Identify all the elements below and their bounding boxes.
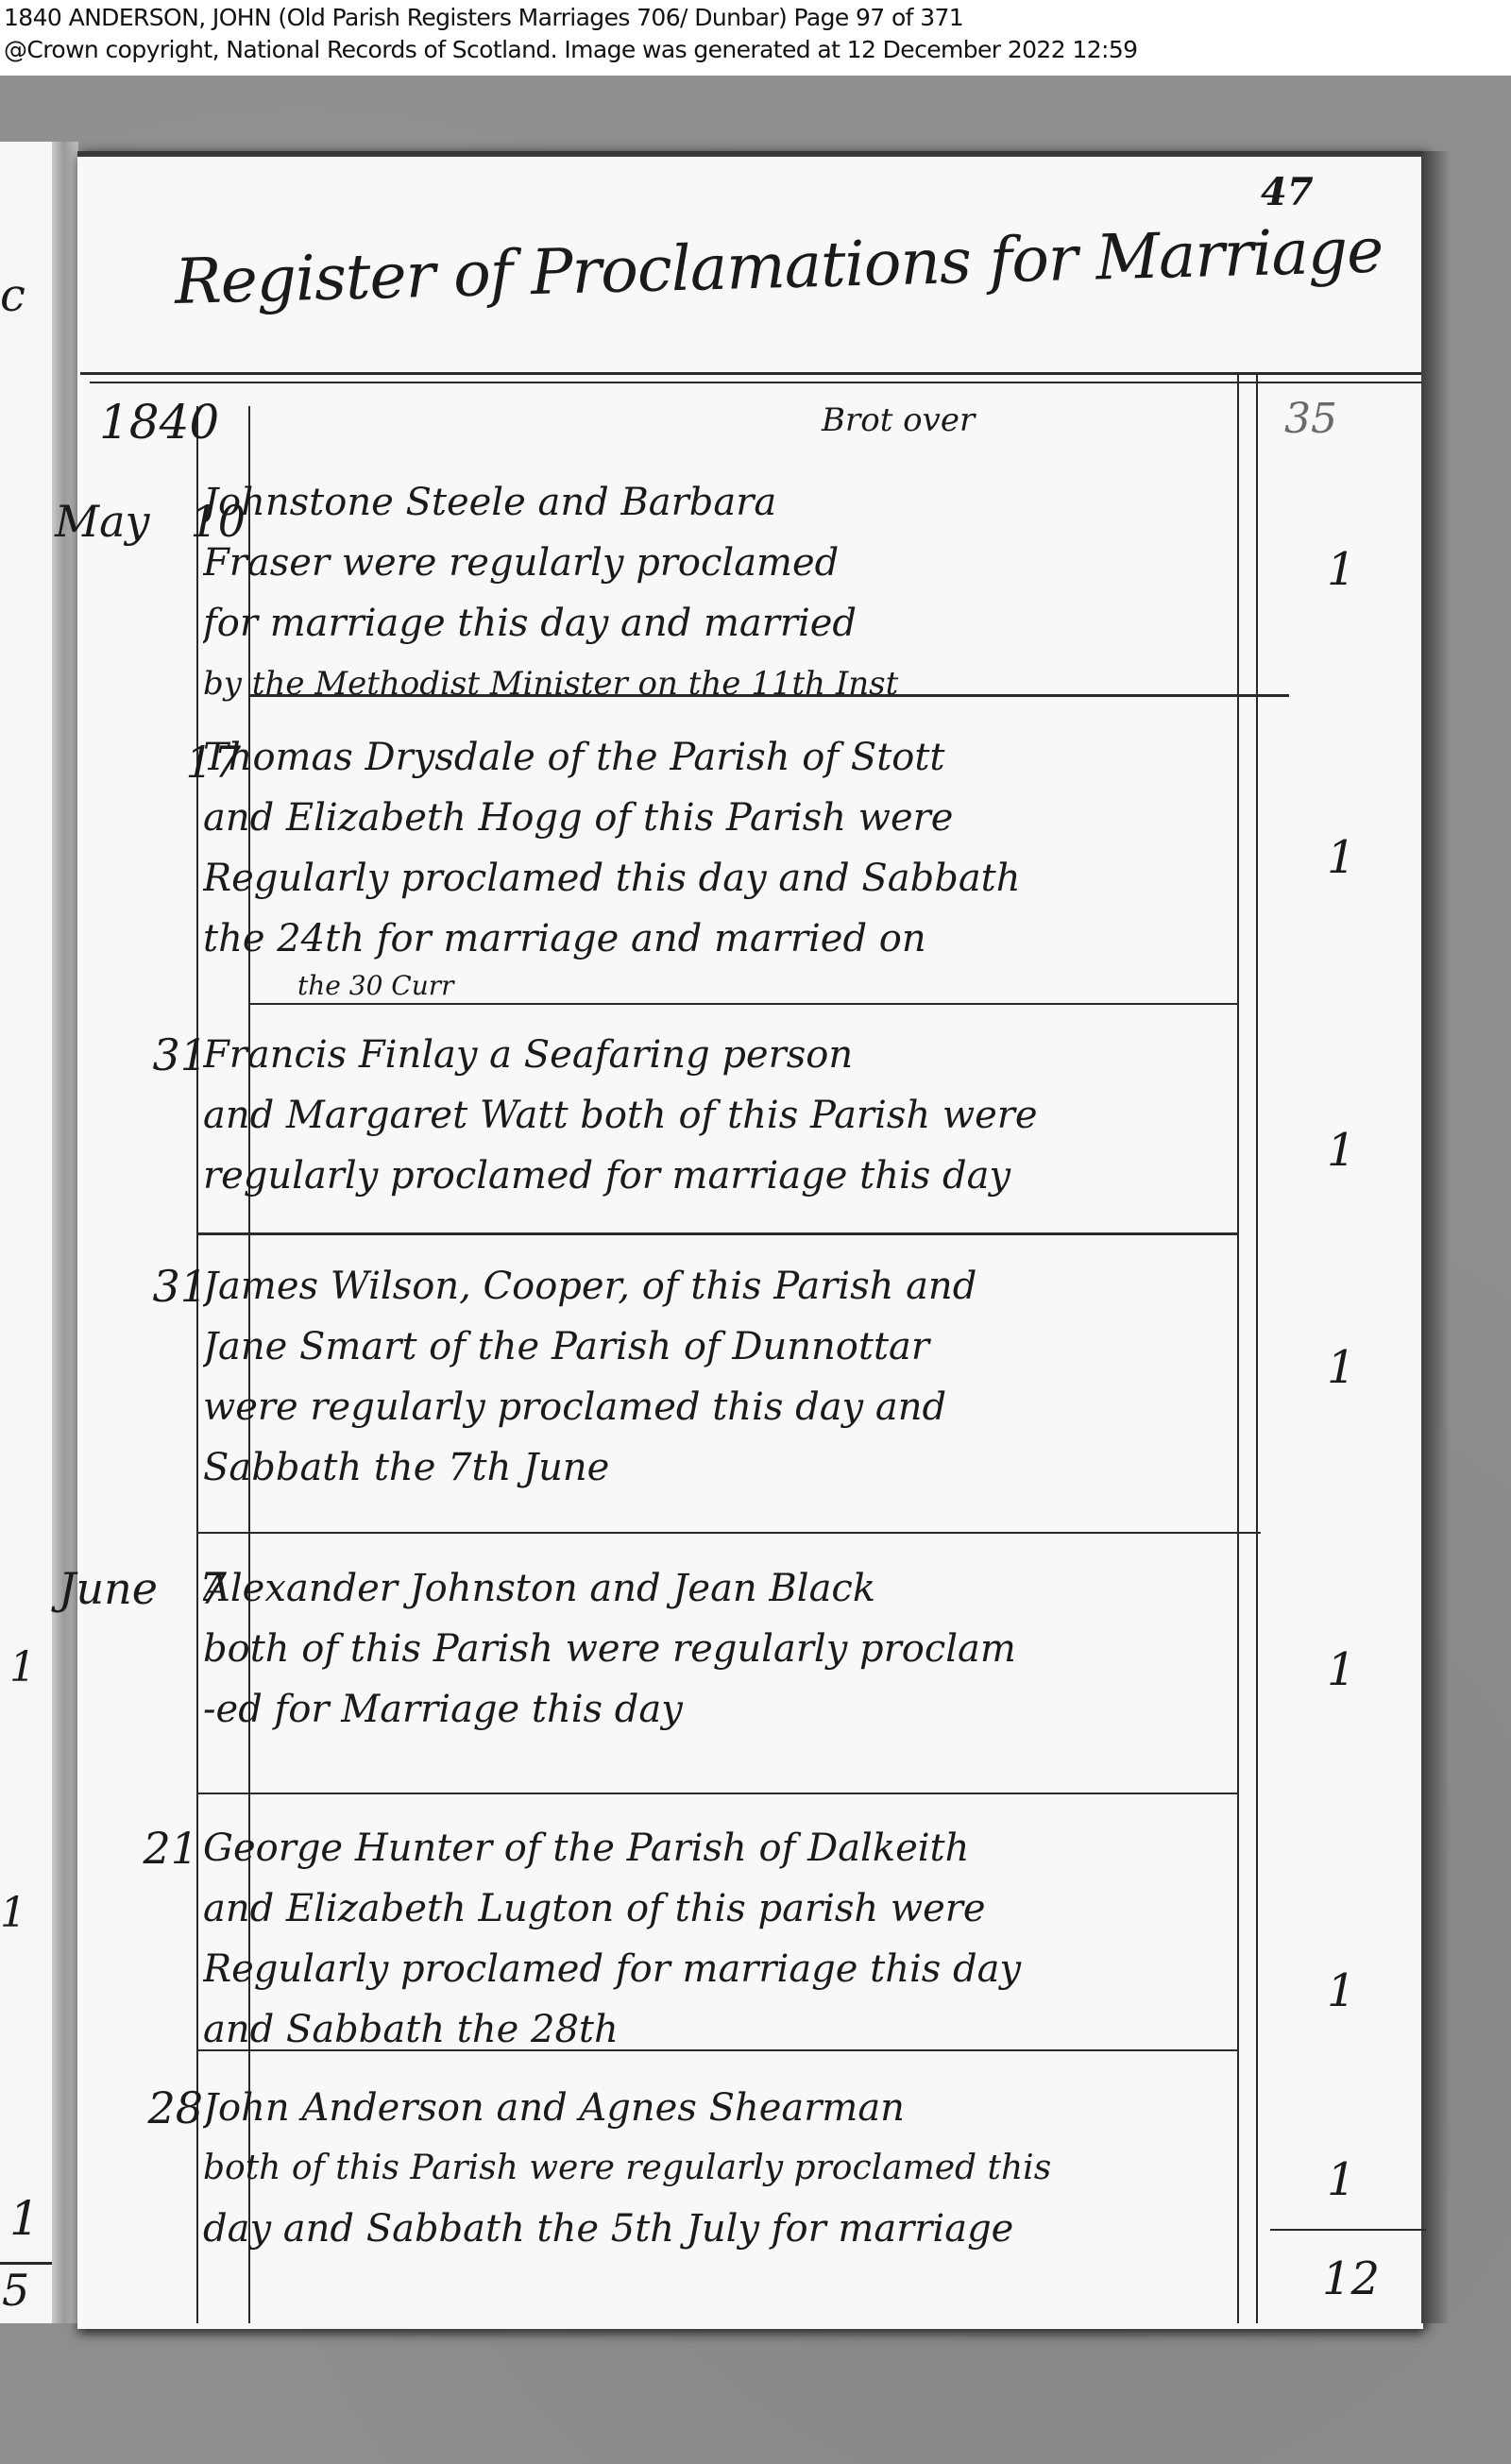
entry-divider xyxy=(198,1793,1237,1794)
brought-over-count: 35 xyxy=(1284,395,1337,443)
entry-tally: 1 xyxy=(1327,1341,1356,1394)
date-column-rule xyxy=(196,406,198,2323)
entry-day: 31 xyxy=(151,1029,208,1080)
previous-page-tally: 1 xyxy=(0,1889,26,1937)
tally-column-rule xyxy=(1237,372,1239,2323)
page-edge-shadow xyxy=(1421,151,1450,2323)
entry-text: John Anderson and Agnes Shearman both of… xyxy=(203,2078,1232,2259)
total-rule xyxy=(1270,2229,1426,2231)
previous-page-tally: 1 xyxy=(9,2191,40,2246)
entry-tally: 1 xyxy=(1327,2153,1356,2206)
previous-page-tally: 1 xyxy=(9,1643,36,1691)
entry-text: George Hunter of the Parish of Dalkeith … xyxy=(203,1818,1232,2060)
entry-day: 31 xyxy=(151,1261,208,1312)
previous-page-edge xyxy=(0,142,55,2323)
table-top-rule xyxy=(80,372,1421,375)
brought-over-label: Brot over xyxy=(822,401,975,439)
entry-month: May xyxy=(55,496,150,547)
entry-month: June xyxy=(59,1563,158,1614)
book-gutter xyxy=(52,142,78,2323)
entry-tally: 1 xyxy=(1327,543,1356,596)
image-caption-header: 1840 ANDERSON, JOHN (Old Parish Register… xyxy=(0,0,1511,76)
record-title: 1840 ANDERSON, JOHN (Old Parish Register… xyxy=(4,4,963,31)
entry-tally: 1 xyxy=(1327,831,1356,884)
entry-day: 21 xyxy=(142,1823,198,1874)
table-top-rule-inner xyxy=(90,382,1421,383)
entry-tally: 1 xyxy=(1327,1964,1356,2017)
entry-text: Alexander Johnston and Jean Black both o… xyxy=(203,1558,1232,1740)
previous-page-fragment: c xyxy=(0,269,25,322)
entry-text: James Wilson, Cooper, of this Parish and… xyxy=(203,1256,1232,1498)
entry-divider xyxy=(198,1532,1261,1534)
entry-text: Johnstone Steele and Barbara Fraser were… xyxy=(203,472,1232,714)
register-year: 1840 xyxy=(99,395,219,450)
page-total: 12 xyxy=(1322,2252,1380,2305)
entry-tally: 1 xyxy=(1327,1124,1356,1177)
page-number: 47 xyxy=(1261,170,1314,214)
copyright-notice: @Crown copyright, National Records of Sc… xyxy=(4,36,1137,63)
tally-column-rule-inner xyxy=(1256,372,1258,2323)
entry-divider xyxy=(250,1003,1237,1005)
entry-text: Francis Finlay a Seafaring person and Ma… xyxy=(203,1025,1232,1206)
previous-page-total: 5 xyxy=(2,2265,29,2316)
entry-divider xyxy=(198,1232,1237,1235)
entry-text: Thomas Drysdale of the Parish of Stott a… xyxy=(203,727,1232,1003)
entry-day: 28 xyxy=(146,2082,203,2133)
entry-tally: 1 xyxy=(1327,1643,1356,1696)
